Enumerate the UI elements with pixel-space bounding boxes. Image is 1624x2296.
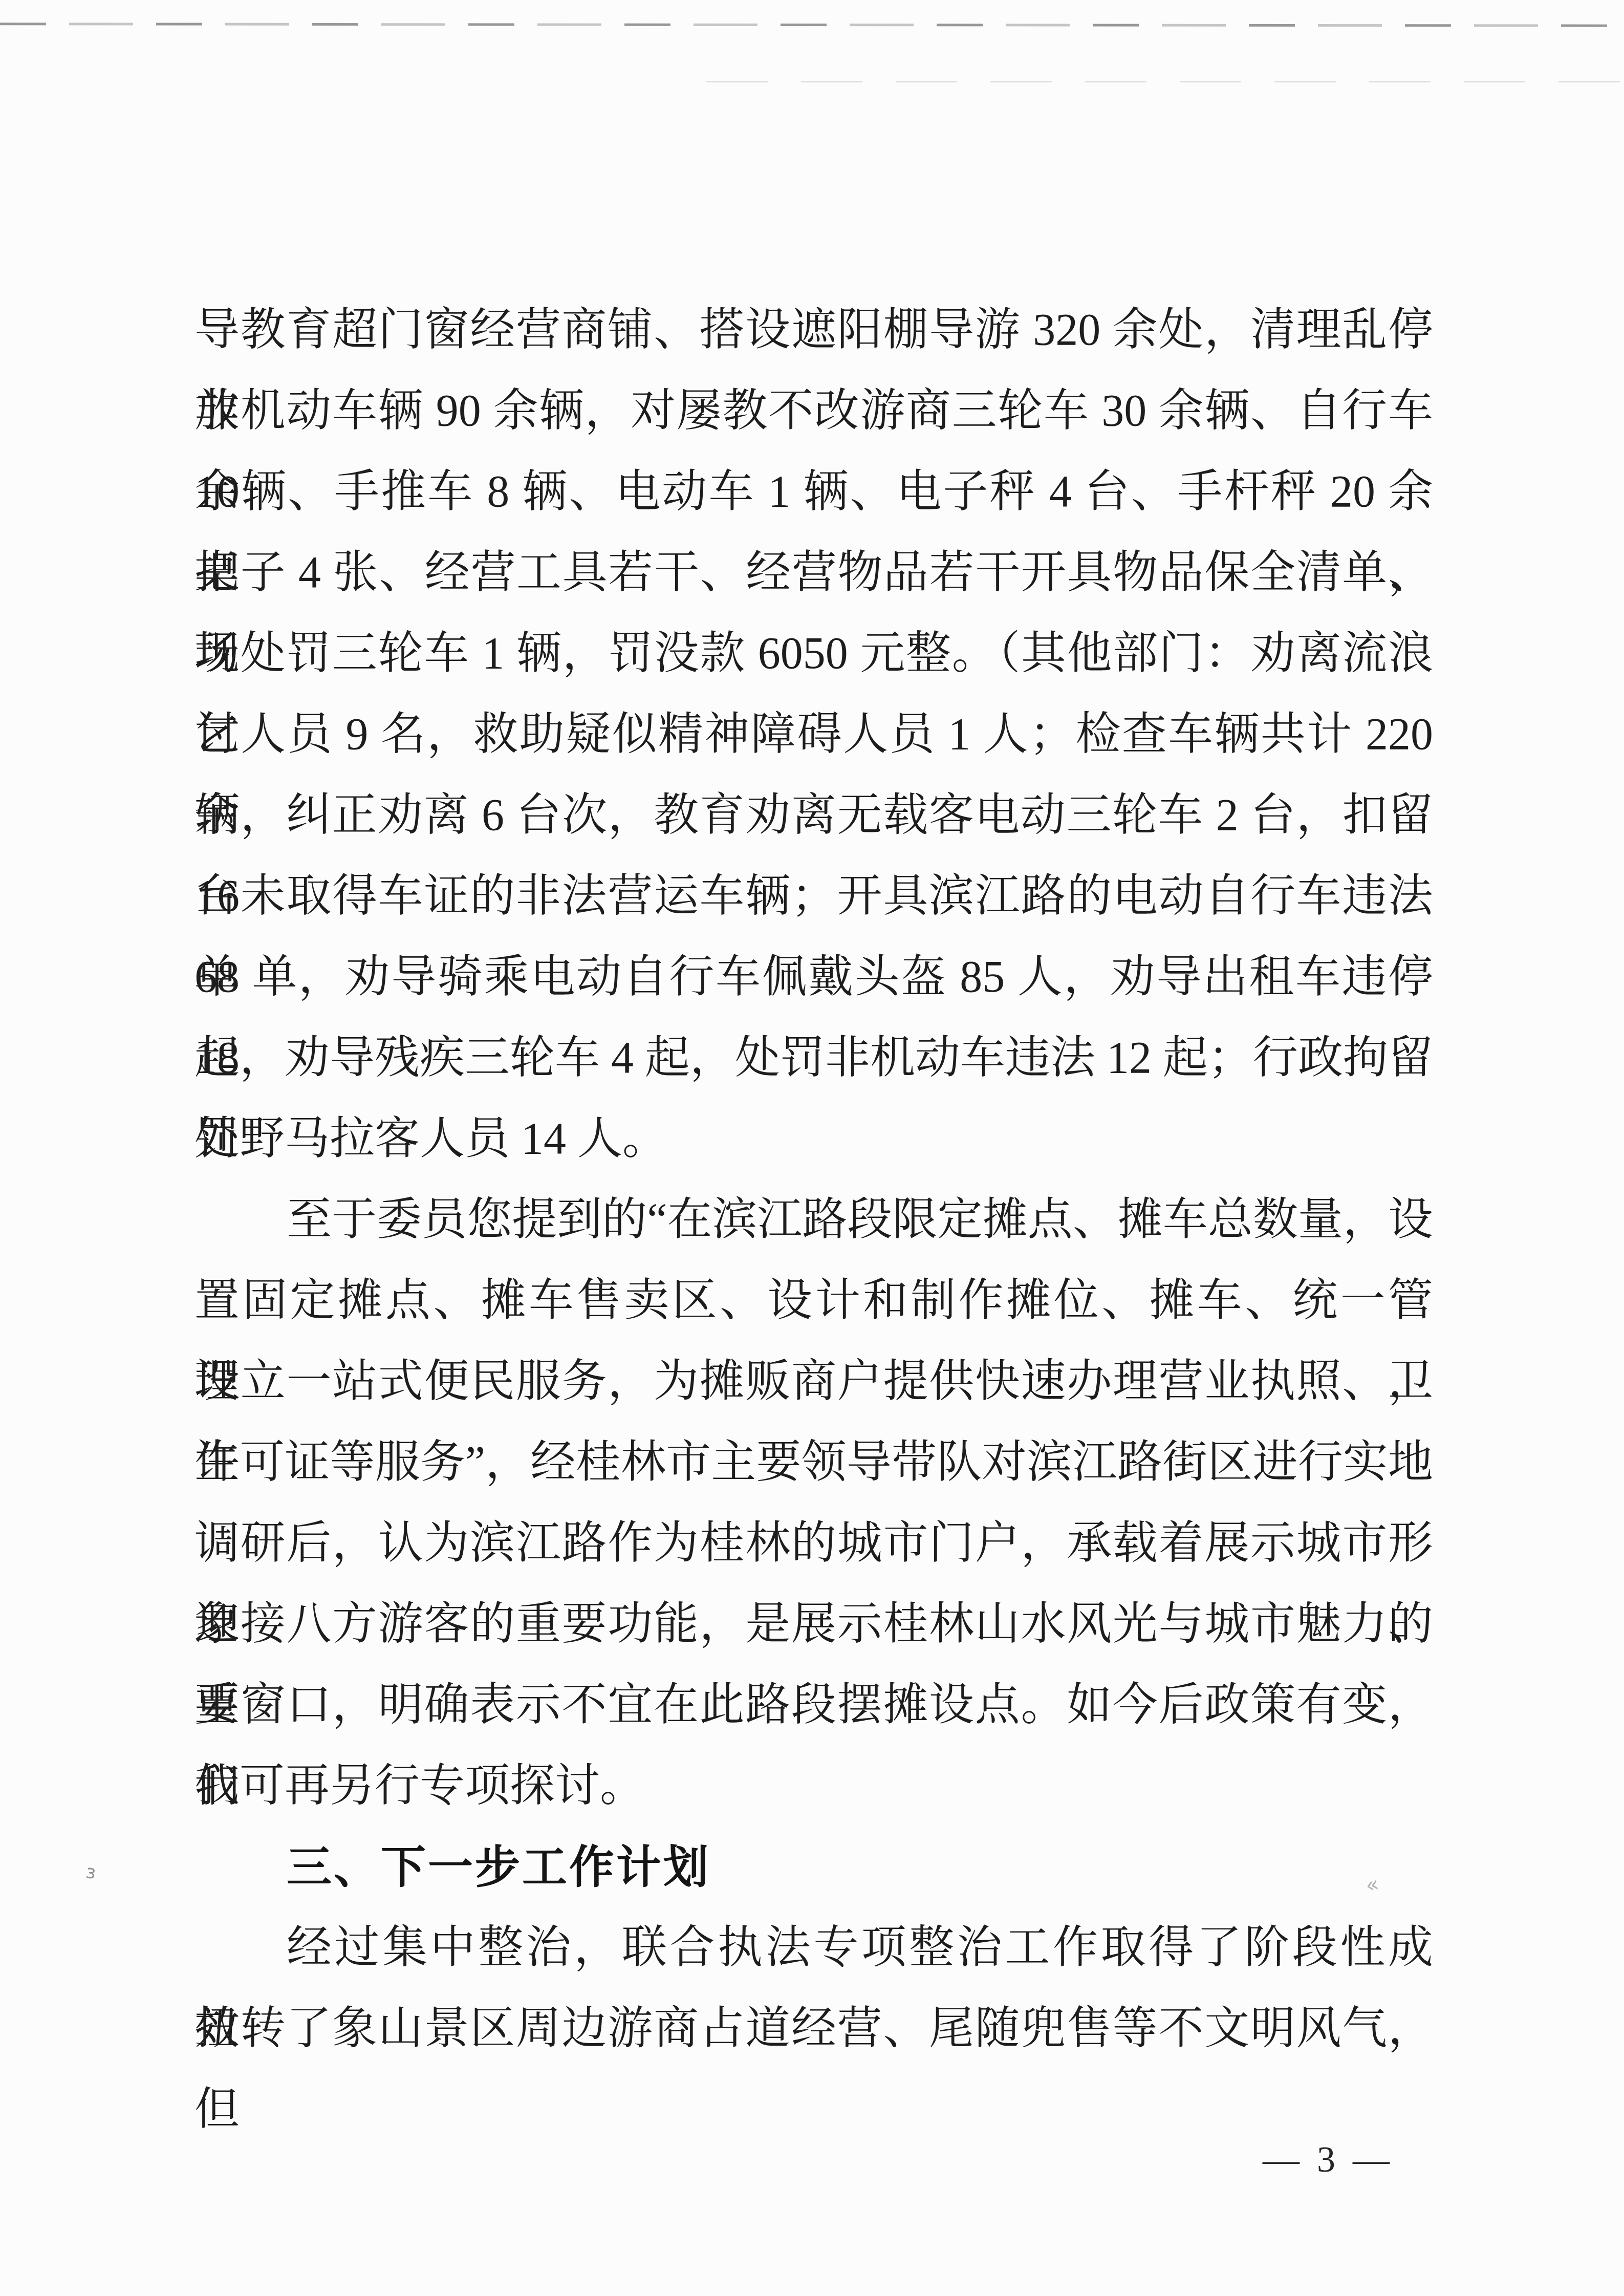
body-line: 台未取得车证的非法营运车辆；开具滨江路的电动自行车违法单 bbox=[194, 856, 1433, 937]
body-line: 要窗口，明确表示不宜在此路段摆摊设点。如今后政策有变，我 bbox=[194, 1665, 1433, 1746]
body-line: 设立一站式便民服务，为摊贩商户提供快速办理营业执照、卫生 bbox=[194, 1341, 1433, 1422]
body-line: 68 单，劝导骑乘电动自行车佩戴头盔 85 人，劝导出租车违停 18 bbox=[194, 937, 1433, 1018]
body-line: 迎接八方游客的重要功能，是展示桂林山水风光与城市魅力的重 bbox=[194, 1584, 1433, 1665]
body-line: 讨人员 9 名，救助疑似精神障碍人员 1 人；检查车辆共计 220 余 bbox=[194, 694, 1433, 775]
paragraph-start-line: 至于委员您提到的“在滨江路段限定摊点、摊车总数量，设 bbox=[194, 1179, 1433, 1260]
body-line: 余辆、手推车 8 辆、电动车 1 辆、电子秤 4 台、手杆秤 20 余把、 bbox=[194, 452, 1433, 532]
scan-smudge-mark: ɜ bbox=[85, 1863, 97, 1882]
body-line: 导教育超门窗经营商铺、搭设遮阳棚导游 320 余处，清理乱停放 bbox=[194, 290, 1433, 371]
body-line: 起，劝导残疾三轮车 4 起，处罚非机动车违法 12 起；行政拘留处 bbox=[194, 1018, 1433, 1099]
body-line: 扭转了象山景区周边游商占道经营、尾随兜售等不文明风气，但 bbox=[194, 1988, 1433, 2069]
paragraph-start-line: 经过集中整治，联合执法专项整治工作取得了阶段性成效， bbox=[194, 1907, 1433, 1988]
paragraph-end-line: 们可再另行专项探讨。 bbox=[194, 1746, 1433, 1827]
page-number: — 3 — bbox=[1257, 2138, 1400, 2181]
body-line: 许可证等服务”，经桂林市主要领导带队对滨江路街区进行实地 bbox=[194, 1422, 1433, 1503]
scanned-document-page: 导教育超门窗经营商铺、搭设遮阳棚导游 320 余处，清理乱停放 非机动车辆 90… bbox=[0, 0, 1624, 2296]
body-line: 调研后，认为滨江路作为桂林的城市门户，承载着展示城市形象、 bbox=[194, 1503, 1433, 1584]
section-heading: 三、下一步工作计划 bbox=[194, 1827, 1433, 1907]
body-line: 辆，纠正劝离 6 台次，教育劝离无载客电动三轮车 2 台，扣留 16 bbox=[194, 775, 1433, 856]
body-line: 场处罚三轮车 1 辆，罚没款 6050 元整。（其他部门：劝离流浪乞 bbox=[194, 613, 1433, 694]
paragraph-end-line: 罚野马拉客人员 14 人。 bbox=[194, 1099, 1433, 1179]
body-line: 桌子 4 张、经营工具若干、经营物品若干开具物品保全清单，现 bbox=[194, 532, 1433, 613]
body-line: 非机动车辆 90 余辆，对屡教不改游商三轮车 30 余辆、自行车 10 bbox=[194, 371, 1433, 452]
document-body: 导教育超门窗经营商铺、搭设遮阳棚导游 320 余处，清理乱停放 非机动车辆 90… bbox=[194, 290, 1433, 2069]
scan-artifact-line bbox=[706, 81, 1624, 82]
body-line: 置固定摊点、摊车售卖区、设计和制作摊位、摊车、统一管理， bbox=[194, 1260, 1433, 1341]
scan-artifact-line bbox=[0, 23, 1624, 27]
